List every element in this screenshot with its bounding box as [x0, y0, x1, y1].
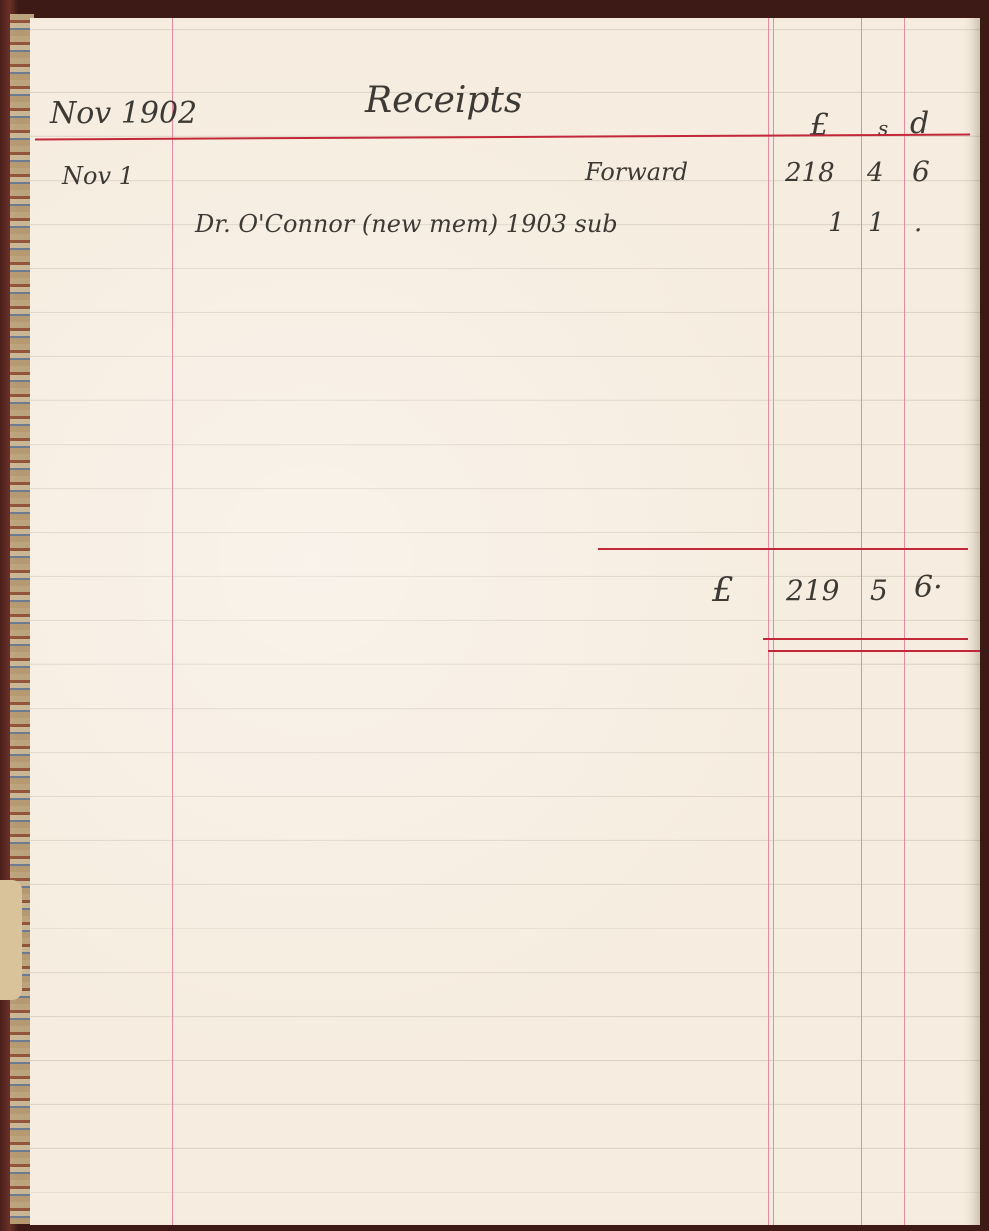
pounds-column-rule-left-double: [773, 18, 774, 1225]
total-shillings: 5: [870, 574, 888, 607]
date-margin-rule: [172, 18, 173, 1225]
entry-pounds: 1: [828, 208, 845, 238]
entry-date: Nov 1: [62, 162, 134, 190]
total-pounds: 219: [786, 574, 839, 607]
header-rule: [35, 134, 970, 141]
entry-shillings: 4: [867, 158, 884, 188]
pounds-column-header: £: [810, 108, 829, 143]
entry-pence: 6: [912, 155, 930, 188]
page-title: Receipts: [365, 80, 522, 121]
total-pence: 6·: [914, 570, 943, 605]
header-month-year: Nov 1902: [50, 96, 197, 131]
pence-column-rule: [904, 18, 905, 1225]
ledger-page: Nov 1902 Receipts £ s d Nov 1 Forward 21…: [30, 18, 980, 1225]
entry-pounds: 218: [785, 158, 835, 188]
subtotal-rule: [598, 548, 968, 550]
total-currency-symbol: £: [712, 570, 734, 610]
shillings-column-header: s: [878, 116, 888, 140]
total-double-rule-top: [763, 638, 968, 640]
pounds-column-rule-left: [768, 18, 769, 1225]
paper-tab: [0, 880, 22, 1000]
entry-description: Dr. O'Connor (new mem) 1903 sub: [195, 210, 618, 238]
entry-description: Forward: [585, 158, 688, 186]
total-double-rule-bottom: [768, 650, 980, 652]
entry-pence: .: [914, 208, 922, 238]
entry-shillings: 1: [868, 208, 885, 238]
shillings-column-rule: [861, 18, 862, 1225]
